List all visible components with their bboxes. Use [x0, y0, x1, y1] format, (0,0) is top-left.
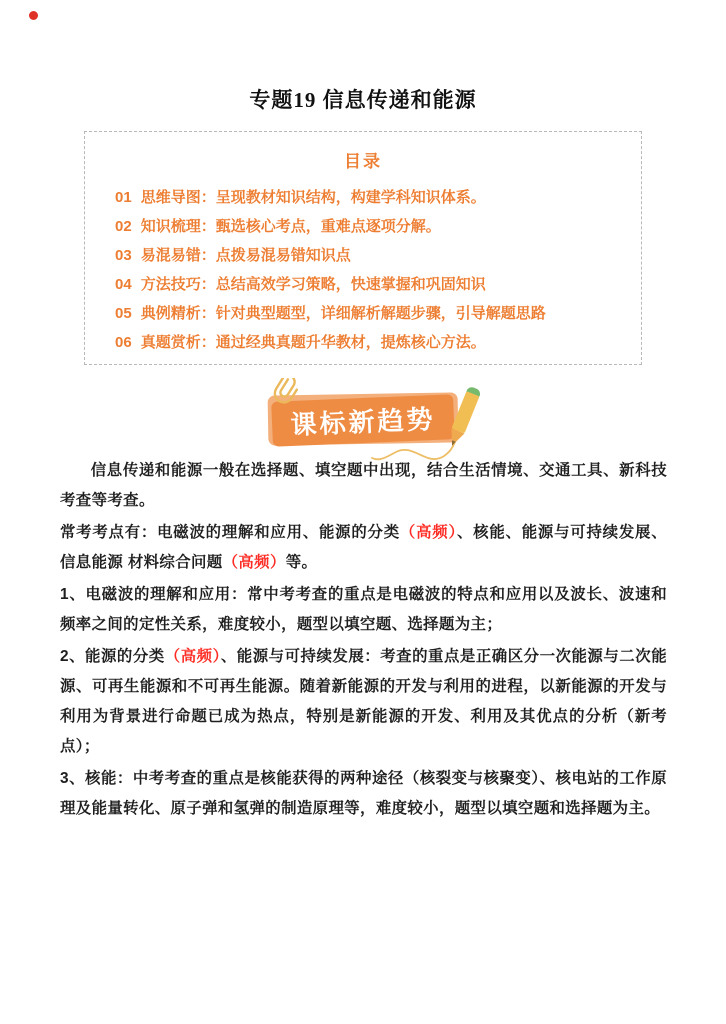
text-run: 3、核能：中考考查的重点是核能获得的两种途径（核裂变与核聚变）、核电站的工作原理…: [60, 770, 667, 817]
high-frequency-tag: （高频）: [400, 524, 457, 541]
toc-item-05: 05典例精析：针对典型题型，详细解析解题步骤，引导解题思路: [115, 299, 641, 328]
toc-item-number: 05: [115, 305, 132, 322]
document-page: 专题19 信息传递和能源 目录 01思维导图：呈现教材知识结构，构建学科知识体系…: [0, 0, 726, 1024]
toc-item-text: 思维导图：呈现教材知识结构，构建学科知识体系。: [141, 189, 486, 206]
badge-label: 课标新趋势: [290, 399, 436, 442]
toc-item-number: 01: [115, 189, 132, 206]
toc-item-text: 真题赏析：通过经典真题升华教材，提炼核心方法。: [141, 334, 486, 351]
text-run: 等。: [286, 554, 318, 571]
text-run: 常考考点有：电磁波的理解和应用、能源的分类: [60, 524, 400, 541]
page-title: 专题19 信息传递和能源: [0, 84, 726, 114]
toc-item-text: 知识梳理：甄选核心考点，重难点逐项分解。: [141, 218, 441, 235]
body-text: 信息传递和能源一般在选择题、填空题中出现，结合生活情境、交通工具、新科技考查等考…: [60, 456, 667, 824]
toc-item-04: 04方法技巧：总结高效学习策略，快速掌握和巩固知识: [115, 270, 641, 299]
toc-item-number: 03: [115, 247, 132, 264]
toc-item-02: 02知识梳理：甄选核心考点，重难点逐项分解。: [115, 212, 641, 241]
toc-item-text: 典例精析：针对典型题型，详细解析解题步骤，引导解题思路: [141, 305, 546, 322]
corner-dot: [29, 11, 38, 20]
high-frequency-tag: （高频）: [165, 648, 221, 665]
text-run: 信息传递和能源一般在选择题、填空题中出现，结合生活情境、交通工具、新科技考查等考…: [60, 462, 667, 509]
paragraph-point-2: 2、能源的分类（高频）、能源与可持续发展：考查的重点是正确区分一次能源与二次能源…: [60, 642, 667, 762]
toc-item-03: 03易混易错：点拨易混易错知识点: [115, 241, 641, 270]
paragraph-point-1: 1、电磁波的理解和应用：常中考考查的重点是电磁波的特点和应用以及波长、波速和频率…: [60, 580, 667, 640]
toc-item-text: 方法技巧：总结高效学习策略，快速掌握和巩固知识: [141, 276, 486, 293]
toc-item-06: 06真题赏析：通过经典真题升华教材，提炼核心方法。: [115, 328, 641, 357]
toc-heading: 目录: [85, 147, 641, 172]
text-run: 2、能源的分类: [60, 648, 165, 665]
paragraph-intro: 信息传递和能源一般在选择题、填空题中出现，结合生活情境、交通工具、新科技考查等考…: [60, 456, 667, 516]
badge-front-layer: 课标新趋势: [271, 394, 455, 447]
paragraph-exam-points: 常考考点有：电磁波的理解和应用、能源的分类（高频）、核能、能源与可持续发展、信息…: [60, 518, 667, 578]
paragraph-point-3: 3、核能：中考考查的重点是核能获得的两种途径（核裂变与核聚变）、核电站的工作原理…: [60, 764, 667, 824]
toc-item-number: 02: [115, 218, 132, 235]
high-frequency-tag: （高频）: [223, 554, 286, 571]
toc-box: 目录 01思维导图：呈现教材知识结构，构建学科知识体系。 02知识梳理：甄选核心…: [84, 131, 642, 365]
toc-item-number: 04: [115, 276, 132, 293]
toc-item-01: 01思维导图：呈现教材知识结构，构建学科知识体系。: [115, 183, 641, 212]
text-run: 1、电磁波的理解和应用：常中考考查的重点是电磁波的特点和应用以及波长、波速和频率…: [60, 586, 667, 633]
toc-list: 01思维导图：呈现教材知识结构，构建学科知识体系。 02知识梳理：甄选核心考点，…: [85, 183, 641, 357]
toc-item-number: 06: [115, 334, 132, 351]
toc-item-text: 易混易错：点拨易混易错知识点: [141, 247, 351, 264]
